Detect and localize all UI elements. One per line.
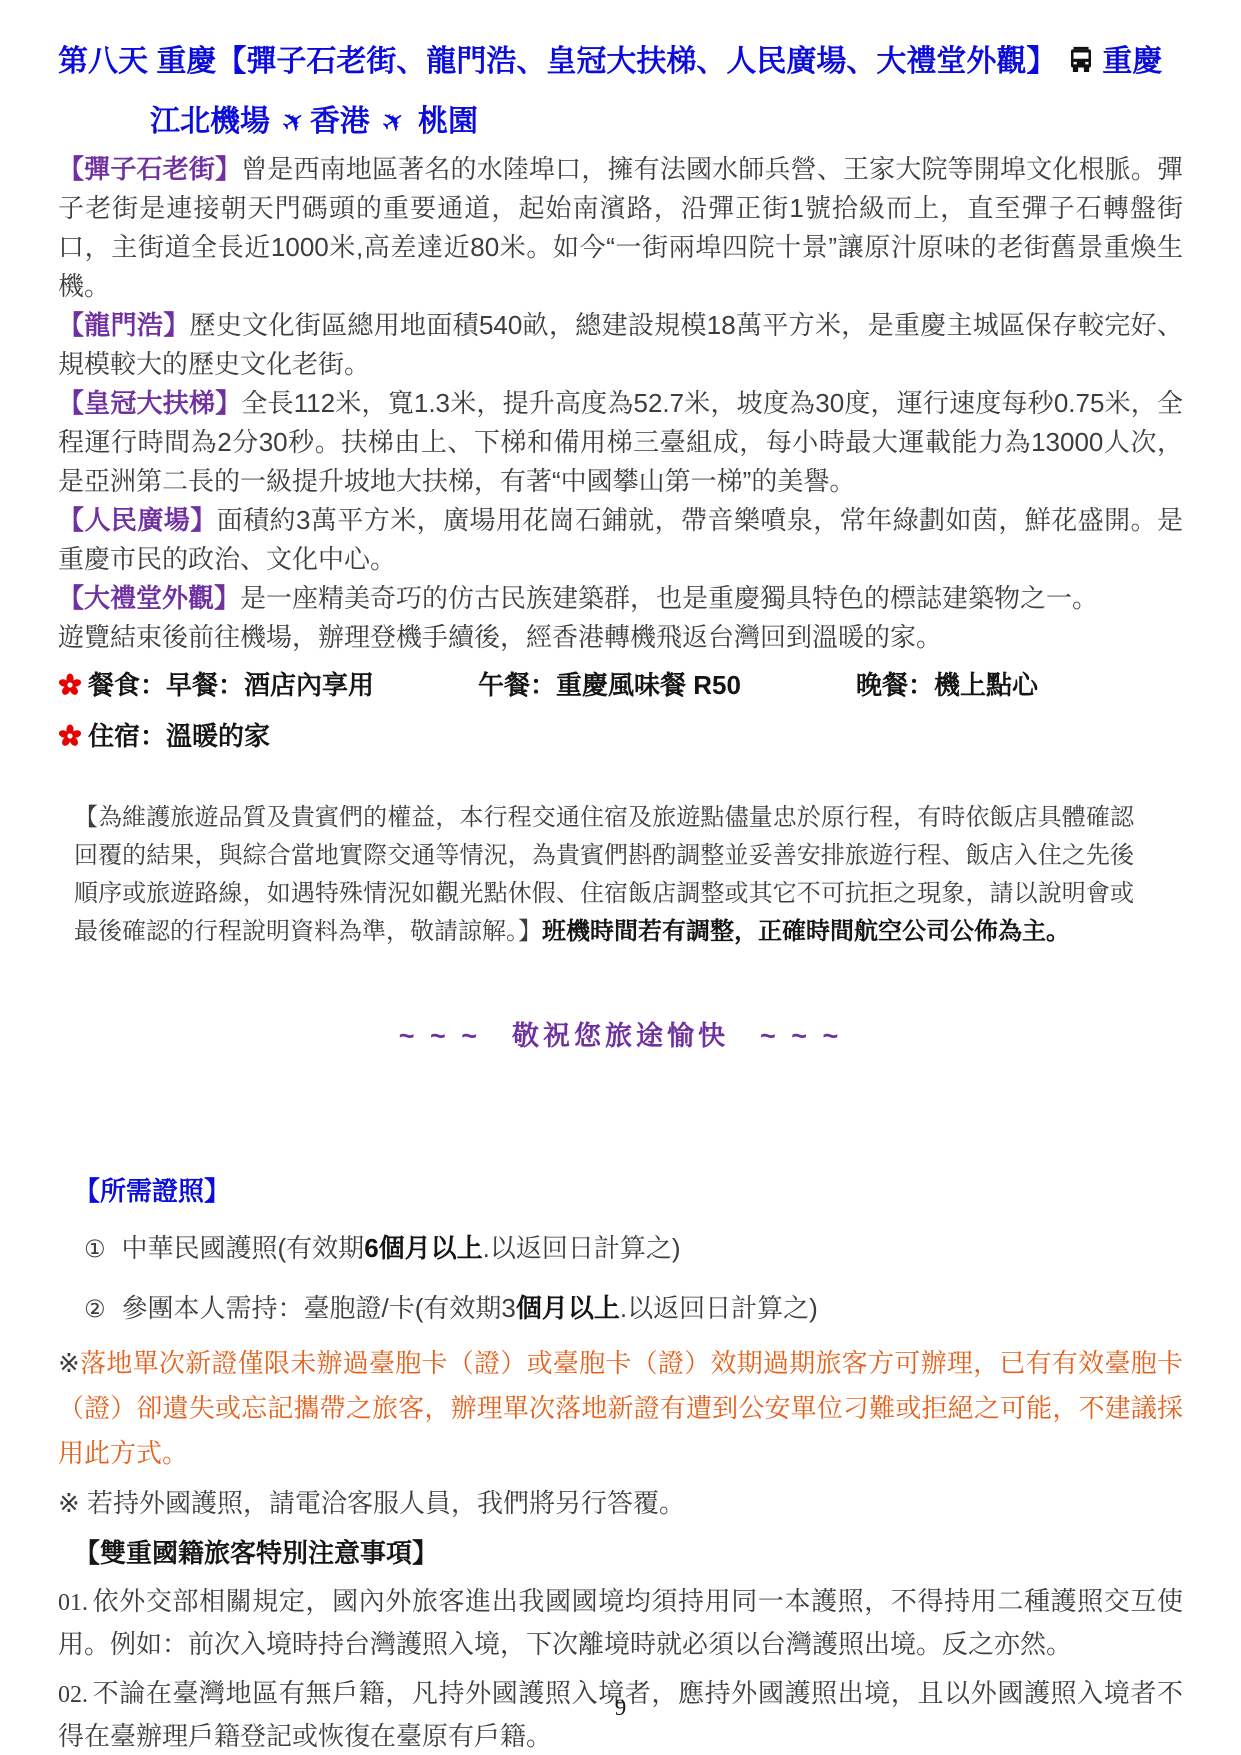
bus-icon (1066, 38, 1096, 94)
item-text: 中華民國護照(有效期 (122, 1233, 365, 1263)
notice-block: 【為維護旅遊品質及貴賓們的權益，本行程交通住宿及旅遊點儘量忠於原行程，有時依飯店… (74, 799, 1134, 951)
section-label: 【彈子石老街】 (58, 154, 241, 184)
item-number: ① (84, 1236, 106, 1263)
item-number: ② (84, 1296, 106, 1323)
section-label: 【皇冠大扶梯】 (58, 388, 241, 418)
page-number: 9 (0, 1695, 1241, 1721)
section-danzishi-old-street: 【彈子石老街】曾是西南地區著名的水陸埠口，擁有法國水師兵營、王家大院等開埠文化根… (58, 150, 1183, 306)
closing-line: 遊覽結束後前往機場，辦理登機手續後，經香港轉機飛返台灣回到溫暖的家。 (58, 618, 1183, 657)
foreign-passport-note: ※ 若持外國護照，請電洽客服人員，我們將另行答覆。 (58, 1482, 1183, 1524)
item-text: .以返回日計算之) (620, 1293, 818, 1323)
wish-line: ~ ~ ~ 敬祝您旅途愉快 ~ ~ ~ (58, 1017, 1183, 1056)
flower-icon (58, 720, 82, 759)
lodging-value: 溫暖的家 (166, 721, 270, 751)
dual-nationality-header: 【雙重國籍旅客特別注意事項】 (74, 1534, 1183, 1573)
meals-row: 餐食：早餐：酒店內享用 午餐：重慶風味餐 R50 晚餐：機上點心 (58, 666, 1183, 708)
itinerary-page: 第八天 重慶【彈子石老街、龍門浩、皇冠大扶梯、人民廣場、大禮堂外觀】重慶 江北機… (0, 0, 1241, 1755)
section-text: 歷史文化街區總用地面積540畝，總建設規模18萬平方米，是重慶主城區保存較完好、… (58, 310, 1183, 379)
landing-permit-warning: ※落地單次新證僅限未辦過臺胞卡（證）或臺胞卡（證）效期過期旅客方可辦理，已有有效… (58, 1341, 1183, 1476)
required-docs-header: 【所需證照】 (74, 1172, 1183, 1211)
reference-mark: ※ (58, 1348, 80, 1378)
passport-item: ①中華民國護照(有效期6個月以上.以返回日計算之) (84, 1227, 1183, 1271)
section-label: 【人民廣場】 (58, 505, 217, 535)
section-label: 【大禮堂外觀】 (58, 583, 240, 613)
meals-label: 餐食： (88, 670, 166, 700)
day-title: 第八天 重慶【彈子石老街、龍門浩、皇冠大扶梯、人民廣場、大禮堂外觀】重慶 江北機… (58, 34, 1183, 150)
route-segment: 香港 (310, 105, 378, 138)
warning-text: 落地單次新證僅限未辦過臺胞卡（證）或臺胞卡（證）效期過期旅客方可辦理，已有有效臺… (58, 1348, 1183, 1468)
day-title-text: 第八天 重慶【彈子石老街、龍門浩、皇冠大扶梯、人民廣場、大禮堂外觀】 (58, 45, 1056, 78)
lunch-entry: 午餐：重慶風味餐 R50 (478, 666, 856, 705)
flight-route-line: 江北機場 ✈香港 ✈ 桃園 (58, 94, 1183, 150)
route-segment: 江北機場 (150, 105, 278, 138)
dinner-entry: 晚餐：機上點心 (856, 666, 1038, 705)
section-great-hall: 【大禮堂外觀】是一座精美奇巧的仿古民族建築群，也是重慶獨具特色的標誌建築物之一。 (58, 579, 1183, 618)
item-text: 參團本人需持：臺胞證/卡(有效期3 (122, 1293, 516, 1323)
day-title-line1: 第八天 重慶【彈子石老街、龍門浩、皇冠大扶梯、人民廣場、大禮堂外觀】重慶 (58, 34, 1183, 94)
item-bold: 6個月以上 (364, 1233, 482, 1263)
day-title-destination: 重慶 (1102, 45, 1162, 78)
page-content: 第八天 重慶【彈子石老街、龍門浩、皇冠大扶梯、人民廣場、大禮堂外觀】重慶 江北機… (0, 0, 1241, 1755)
rule-number: 01. (58, 1590, 88, 1616)
item-bold: 個月以上 (516, 1293, 620, 1323)
breakfast-text: 早餐：酒店內享用 (166, 670, 374, 700)
section-longmenhao: 【龍門浩】歷史文化街區總用地面積540畝，總建設規模18萬平方米，是重慶主城區保… (58, 306, 1183, 384)
route-segment: 桃園 (410, 105, 478, 138)
rule-text: 依外交部相關規定，國內外旅客進出我國國境均須持用同一本護照，不得持用二種護照交互… (58, 1586, 1183, 1659)
section-text: 面積約3萬平方米，廣場用花崗石鋪就，帶音樂噴泉，常年綠劃如茵，鮮花盛開。是重慶市… (58, 505, 1183, 574)
section-crown-escalator: 【皇冠大扶梯】全長112米，寬1.3米，提升高度為52.7米，坡度為30度，運行… (58, 384, 1183, 501)
breakfast-entry: 餐食：早餐：酒店內享用 (58, 666, 478, 708)
taibao-card-item: ②參團本人需持：臺胞證/卡(有效期3個月以上.以返回日計算之) (84, 1287, 1183, 1331)
item-text: .以返回日計算之) (483, 1233, 681, 1263)
section-label: 【龍門浩】 (58, 310, 190, 340)
lodging-label: 住宿： (88, 721, 166, 751)
notice-bold-text: 班機時間若有調整，正確時間航空公司公佈為主。 (542, 918, 1070, 945)
dual-rule-01: 01.依外交部相關規定，國內外旅客進出我國國境均須持用同一本護照，不得持用二種護… (58, 1581, 1183, 1665)
lodging-entry: 住宿：溫暖的家 (58, 717, 270, 759)
lodging-row: 住宿：溫暖的家 (58, 717, 1183, 759)
section-peoples-square: 【人民廣場】面積約3萬平方米，廣場用花崗石鋪就，帶音樂噴泉，常年綠劃如茵，鮮花盛… (58, 501, 1183, 579)
flower-icon (58, 669, 82, 708)
section-text: 是一座精美奇巧的仿古民族建築群，也是重慶獨具特色的標誌建築物之一。 (240, 583, 1098, 613)
